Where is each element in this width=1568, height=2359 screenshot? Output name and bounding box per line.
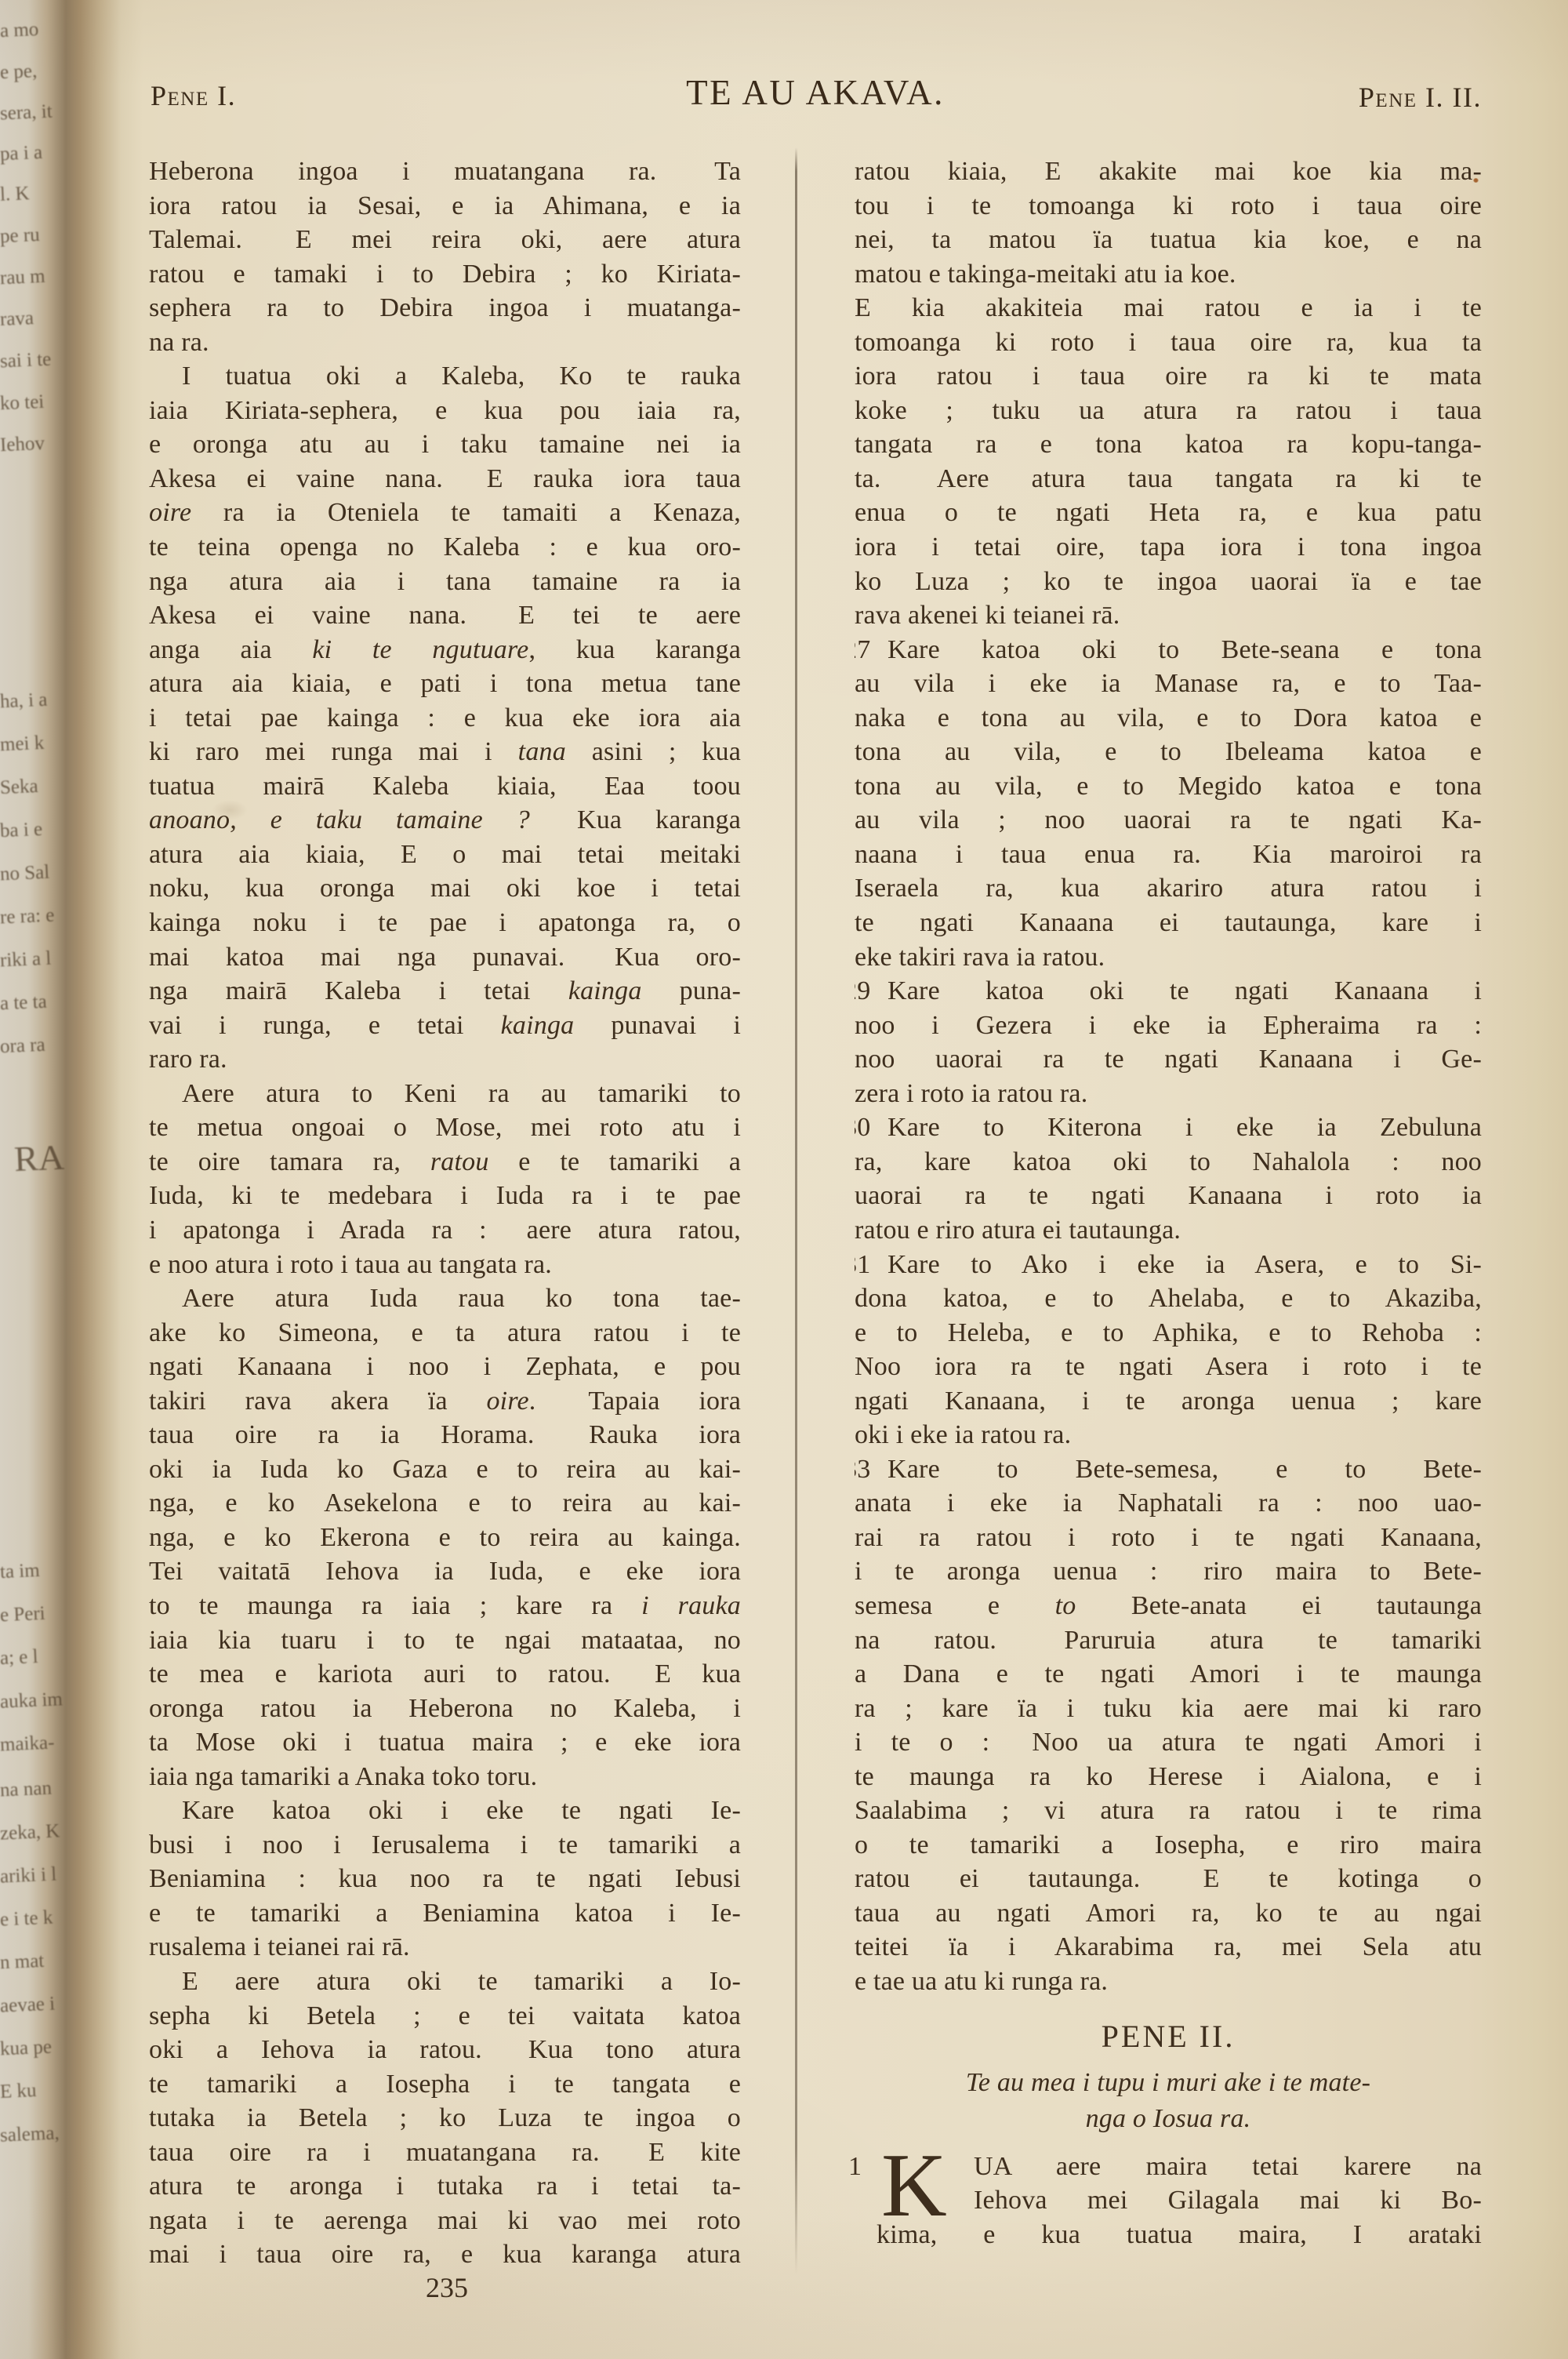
text-line: iaia nga tamariki a Anaka toko toru. bbox=[149, 1760, 741, 1794]
text-line: 21Kare katoa oki i eke te ngati Ie- bbox=[149, 1794, 741, 1828]
facing-page-text-fragment: ora ra bbox=[0, 1034, 45, 1058]
text-line: ra, kare katoa oki to Nahalola : noo bbox=[855, 1145, 1482, 1179]
text-line: tuatua mairā Kaleba kiaia, Eaa toou bbox=[149, 769, 741, 804]
verse-one-block: 1KUA aere maira tetai karere naIehova me… bbox=[855, 2150, 1482, 2252]
text-line: rai ra ratou i roto i te ngati Kanaana, bbox=[855, 1521, 1482, 1555]
text-line: 25E kia akakiteia mai ratou e ia i te bbox=[855, 291, 1482, 325]
text-line: teitei ïa i Akarabima ra, mei Sela atu bbox=[855, 1930, 1482, 1965]
facing-page-text-fragment: e Peri bbox=[0, 1603, 45, 1627]
facing-page-text-fragment: E ku bbox=[0, 2080, 37, 2103]
facing-page-text-fragment: sai i te bbox=[0, 349, 52, 373]
verse-number: 12 bbox=[720, 359, 741, 394]
text-line: nga atura aia i tana tamaine ra ia bbox=[149, 565, 741, 599]
facing-page-text-fragment: RA bbox=[13, 1136, 65, 1180]
facing-page-text-fragment: l. K bbox=[0, 183, 30, 206]
text-line: 20te mea e kariota auri to ratou. E kua bbox=[149, 1657, 741, 1692]
text-line: i te aronga uenua : riro maira to Bete- bbox=[855, 1554, 1482, 1589]
text-line: te ngati Kanaana ei tautaunga, kare i bbox=[855, 906, 1482, 940]
text-line: sephera ra to Debira ingoa i muatanga- bbox=[149, 291, 741, 325]
foxing-speck bbox=[1473, 178, 1479, 183]
facing-page-text-fragment: ko tei bbox=[0, 391, 45, 415]
text-line: nga, e ko Ekerona e to reira au kainga. bbox=[149, 1521, 741, 1555]
text-line: semesa e to Bete-anata ei tautaunga bbox=[855, 1589, 1482, 1623]
text-line: 16Aere atura to Keni ra au tamariki to bbox=[149, 1077, 741, 1111]
text-line: rusalema i teianei rai rā. bbox=[149, 1930, 741, 1965]
facing-page-text-fragment: rau m bbox=[0, 266, 45, 289]
text-line: te metua ongoai o Mose, mei roto atu i bbox=[149, 1110, 741, 1145]
text-line: te maunga ra ko Herese i Aialona, e i bbox=[855, 1760, 1482, 1794]
facing-page-text-fragment: re ra: e bbox=[0, 904, 55, 929]
text-line: i tetai pae kainga : e kua eke iora aia bbox=[149, 701, 741, 736]
text-line: ratou kiaia, E akakite mai koe kia ma- bbox=[855, 154, 1482, 189]
text-line: taua au ngati Amori ra, ko te au ngai bbox=[855, 1896, 1482, 1931]
page-title: TE AU AKAVA. bbox=[149, 72, 1482, 113]
verse-number: 21 bbox=[720, 1794, 741, 1828]
text-line: 36ratou ei tautaunga. E te kotinga o bbox=[855, 1862, 1482, 1896]
facing-page-text-fragment: pa i a bbox=[0, 142, 43, 165]
text-line: iaia Kiriata-sephera, e kua pou iaia ra, bbox=[149, 394, 741, 428]
text-line: 24taua oire ra i muatangana ra. E kite bbox=[149, 2135, 741, 2170]
text-line: 31Kare to Ako i eke ia Asera, e to Si- bbox=[855, 1248, 1482, 1282]
text-line: noo i Gezera i eke ia Epheraima ra : bbox=[855, 1009, 1482, 1043]
text-line: te tamariki a Iosepha i te tangata e bbox=[149, 2067, 741, 2102]
text-line: ngati Kanaana i noo i Zephata, e pou bbox=[149, 1350, 741, 1384]
text-line: tangata ra e tona katoa ra kopu-tanga- bbox=[855, 427, 1482, 462]
facing-page-text-fragment: n mat bbox=[0, 1950, 45, 1974]
book-gutter-edge: a moe pe,sera, itpa i al. Kpe rurau mrav… bbox=[0, 0, 141, 2359]
text-line: ngati Kanaana, i te aronga uenua ; kare bbox=[855, 1384, 1482, 1419]
text-line: uaorai ra te ngati Kanaana i roto ia bbox=[855, 1179, 1482, 1213]
text-line: enua o te ngati Heta ra, e kua patu bbox=[855, 496, 1482, 530]
text-line: atura te aronga i tutaka ra i tetai ta- bbox=[149, 2169, 741, 2204]
text-line: e to Heleba, e to Aphika, e to Rehoba : bbox=[855, 1316, 1482, 1350]
text-line: iora i tetai oire, tapa iora i tona ingo… bbox=[855, 530, 1482, 565]
text-line: mai katoa mai nga punavai. Kua oro- bbox=[149, 940, 741, 975]
text-line: i apatonga i Arada ra : aere atura ratou… bbox=[149, 1213, 741, 1248]
text-line: 27Kare katoa oki to Bete-seana e tona bbox=[855, 633, 1482, 667]
text-line: ko Luza ; ko te ingoa uaorai ïa e tae bbox=[855, 565, 1482, 599]
book-page: a moe pe,sera, itpa i al. Kpe rurau mrav… bbox=[0, 0, 1568, 2359]
facing-page-text-fragment: na nan bbox=[0, 1778, 53, 1802]
text-line: rava akenei ki teianei rā. bbox=[855, 598, 1482, 633]
facing-page-text-fragment: ariki i l bbox=[0, 1863, 57, 1888]
text-line: sepha ki Betela ; e tei vaitata katoa bbox=[149, 1999, 741, 2034]
text-line: ratou e riro atura ei tautaunga. bbox=[855, 1213, 1482, 1248]
verse-number: 29 bbox=[855, 974, 870, 1009]
text-line: tona au vila, e to Ibeleama katoa e bbox=[855, 735, 1482, 769]
text-line: a Dana e te ngati Amori i te maunga bbox=[855, 1657, 1482, 1692]
chapter-heading: PENE II. bbox=[855, 2016, 1482, 2057]
text-line: au vila ; noo uaorai ra te ngati Ka- bbox=[855, 803, 1482, 838]
facing-page-text-fragment: maika- bbox=[0, 1732, 55, 1756]
running-header: Pene I. TE AU AKAVA. Pene I. II. bbox=[149, 72, 1482, 119]
left-text-column: Heberona ingoa i muatangana ra. Taiora r… bbox=[149, 154, 741, 2272]
text-line: Heberona ingoa i muatangana ra. Ta bbox=[149, 154, 741, 189]
text-line: ngata i te aerenga mai ki vao mei roto bbox=[149, 2204, 741, 2238]
text-line: vai i runga, e tetai kainga punavai i bbox=[149, 1009, 741, 1043]
text-line: te oire tamara ra, ratou e te tamariki a bbox=[149, 1145, 741, 1179]
text-line: eke takiri rava ia ratou. bbox=[855, 940, 1482, 975]
verse-number: 27 bbox=[855, 633, 870, 667]
verse-number: 22 bbox=[720, 1965, 741, 1999]
facing-page-text-fragment: auka im bbox=[0, 1688, 63, 1713]
facing-page-text-fragment: e pe, bbox=[0, 60, 38, 84]
text-line: noku, kua oronga mai oki koe i tetai bbox=[149, 871, 741, 906]
facing-page-text-fragment: Seka bbox=[0, 776, 38, 799]
text-line: zera i roto ia ratou ra. bbox=[855, 1077, 1482, 1111]
text-line: na ra. bbox=[149, 325, 741, 360]
facing-page-text-fragment: e i te k bbox=[0, 1907, 53, 1932]
verse-number: 33 bbox=[855, 1452, 870, 1487]
text-line: 22E aere atura oki te tamariki a Io- bbox=[149, 1965, 741, 1999]
text-line: 12I tuatua oki a Kaleba, Ko te rauka bbox=[149, 359, 741, 394]
text-line: ratou e tamaki i to Debira ; ko Kiriata- bbox=[149, 257, 741, 292]
text-line: atura aia kiaia, e pati i tona metua tan… bbox=[149, 667, 741, 701]
text-line: nga mairā Kaleba i tetai kainga puna- bbox=[149, 974, 741, 1009]
text-line: 35i te o : Noo ua atura te ngati Amori i bbox=[855, 1725, 1482, 1760]
text-line: 13Akesa ei vaine nana. E rauka iora taua bbox=[149, 462, 741, 496]
text-line: Iehova mei Gilagala mai ki Bo- bbox=[855, 2183, 1482, 2218]
right-text-column: ratou kiaia, E akakite mai koe kia ma-to… bbox=[855, 154, 1482, 2252]
facing-page-text-fragment: mei k bbox=[0, 732, 45, 756]
text-line: takiri rava akera ïa oire. Tapaia iora bbox=[149, 1384, 741, 1419]
text-line: ake ko Simeona, e ta atura ratou i te bbox=[149, 1316, 741, 1350]
text-line: 23oki a Iehova ia ratou. Kua tono atura bbox=[149, 2033, 741, 2067]
column-divider-rule bbox=[795, 147, 797, 2274]
text-line: 18taua oire ra ia Horama. Rauka iora bbox=[149, 1418, 741, 1452]
text-line: busi i noo i Ierusalema i te tamariki a bbox=[149, 1828, 741, 1863]
text-line: 26ta. Aere atura taua tangata ra ki te bbox=[855, 462, 1482, 496]
text-line: Iuda, ki te medebara i Iuda ra i te pae bbox=[149, 1179, 741, 1213]
text-line: nei, ta matou ïa tuatua kia koe, e na bbox=[855, 223, 1482, 257]
text-line: ta Mose oki i tuatua maira ; e eke iora bbox=[149, 1725, 741, 1760]
text-line: e noo atura i roto i taua au tangata ra. bbox=[149, 1248, 741, 1282]
text-line: naka e tona au vila, e to Dora katoa e bbox=[855, 701, 1482, 736]
facing-page-text-fragment: riki a l bbox=[0, 948, 52, 972]
text-line: tomoanga ki roto i taua oire ra, kua ta bbox=[855, 325, 1482, 360]
text-line: anga aia ki te ngutuare, kua karanga bbox=[149, 633, 741, 667]
text-line: 33Kare to Bete-semesa, e to Bete- bbox=[855, 1452, 1482, 1487]
text-line: raro ra. bbox=[149, 1042, 741, 1077]
text-line: Saalabima ; vi atura ra ratou i te rima bbox=[855, 1794, 1482, 1828]
text-line: 30Kare to Kiterona i eke ia Zebuluna bbox=[855, 1110, 1482, 1145]
running-header-right: Pene I. II. bbox=[1359, 81, 1482, 114]
verse-number: 17 bbox=[720, 1281, 741, 1316]
text-line: e oronga atu au i taku tamaine nei ia bbox=[149, 427, 741, 462]
text-line: tona au vila, e to Megido katoa e tona bbox=[855, 769, 1482, 804]
chapter-subtitle-line: nga o Iosua ra. bbox=[855, 2101, 1482, 2137]
facing-page-text-fragment: rava bbox=[0, 307, 34, 331]
facing-page-text-fragment: a mo bbox=[0, 19, 39, 42]
text-line: koke ; tuku ua atura ra ratou i taua bbox=[855, 394, 1482, 428]
text-line: e tae ua atu ki runga ra. bbox=[855, 1965, 1482, 1999]
facing-page-text-fragment: sera, it bbox=[0, 101, 53, 125]
text-line: nga, e ko Asekelona e to reira au kai- bbox=[149, 1486, 741, 1521]
text-line: 19Tei vaitatā Iehova ia Iuda, e eke iora bbox=[149, 1554, 741, 1589]
text-line: Iseraela ra, kua akariro atura ratou i bbox=[855, 871, 1482, 906]
text-line: 32Noo iora ra te ngati Asera i roto i te bbox=[855, 1350, 1482, 1384]
text-line: 11Talemai. E mei reira oki, aere atura bbox=[149, 223, 741, 257]
text-line: o te tamariki a Iosepha, e riro maira bbox=[855, 1828, 1482, 1863]
facing-page-text-fragment: ba i e bbox=[0, 819, 43, 842]
text-line: te teina openga no Kaleba : e kua oro- bbox=[149, 530, 741, 565]
chapter-subtitle: Te au mea i tupu i muri ake i te mate-ng… bbox=[855, 2065, 1482, 2137]
text-line: au vila i eke ia Manase ra, e to Taa- bbox=[855, 667, 1482, 701]
verse-number: 16 bbox=[720, 1077, 741, 1111]
facing-page-text-fragment: a te ta bbox=[0, 991, 47, 1016]
text-line: oire ra ia Oteniela te tamaiti a Kenaza, bbox=[149, 496, 741, 530]
text-line: iora ratou ia Sesai, e ia Ahimana, e ia bbox=[149, 189, 741, 224]
text-line: Beniamina : kua noo ra te ngati Iebusi bbox=[149, 1862, 741, 1896]
text-line: 14Akesa ei vaine nana. E tei te aere bbox=[149, 598, 741, 633]
facing-page-text-fragment: kua pe bbox=[0, 2037, 53, 2061]
text-line: 34na ratou. Paruruia atura te tamariki bbox=[855, 1623, 1482, 1658]
text-line: atura aia kiaia, E o mai tetai meitaki bbox=[149, 838, 741, 872]
text-line: anata i eke ia Naphatali ra : noo uao- bbox=[855, 1486, 1482, 1521]
facing-page-text-fragment: a; e l bbox=[0, 1646, 38, 1670]
facing-page-text-fragment: salema, bbox=[0, 2122, 60, 2146]
text-line: 17Aere atura Iuda raua ko tona tae- bbox=[149, 1281, 741, 1316]
text-line: oki ia Iuda ko Gaza e to reira au kai- bbox=[149, 1452, 741, 1487]
text-line: 28naana i taua enua ra. Kia maroiroi ra bbox=[855, 838, 1482, 872]
text-line: UA aere maira tetai karere na bbox=[855, 2150, 1482, 2184]
facing-page-text-fragment: ha, i a bbox=[0, 689, 48, 714]
verse-number: 30 bbox=[855, 1110, 870, 1145]
text-line: 29Kare katoa oki te ngati Kanaana i bbox=[855, 974, 1482, 1009]
text-line: e te tamariki a Beniamina katoa i Ie- bbox=[149, 1896, 741, 1931]
facing-page-text-fragment: ta im bbox=[0, 1560, 40, 1583]
facing-page-text-fragment: zeka, K bbox=[0, 1820, 60, 1845]
text-line: dona katoa, e to Ahelaba, e to Akaziba, bbox=[855, 1281, 1482, 1316]
page-number: 235 bbox=[149, 2271, 745, 2304]
text-line: matou e takinga-meitaki atu ia koe. bbox=[855, 257, 1482, 292]
text-line: iaia kia tuaru i to te ngai mataataa, no bbox=[149, 1623, 741, 1658]
text-line: ki raro mei runga mai i tana asini ; kua bbox=[149, 735, 741, 769]
facing-page-text-fragment: aevae i bbox=[0, 1993, 56, 2017]
text-line: tutaka ia Betela ; ko Luza te ingoa o bbox=[149, 2101, 741, 2135]
text-line: to te maunga ra iaia ; kare ra i rauka bbox=[149, 1589, 741, 1623]
text-line: iora ratou i taua oire ra ki te mata bbox=[855, 359, 1482, 394]
facing-page-text-fragment: Iehov bbox=[0, 433, 45, 456]
facing-page-text-fragment: no Sal bbox=[0, 862, 50, 886]
text-line: mai i taua oire ra, e kua karanga atura bbox=[149, 2237, 741, 2272]
text-line: noo uaorai ra te ngati Kanaana i Ge- bbox=[855, 1042, 1482, 1077]
text-line: kima, e kua tuatua maira, I arataki bbox=[855, 2218, 1482, 2252]
text-line: tou i te tomoanga ki roto i taua oire bbox=[855, 189, 1482, 224]
chapter-subtitle-line: Te au mea i tupu i muri ake i te mate- bbox=[855, 2065, 1482, 2101]
text-line: kainga noku i te pae i apatonga ra, o bbox=[149, 906, 741, 940]
text-line: oki i eke ia ratou ra. bbox=[855, 1418, 1482, 1452]
facing-page-text-fragment: pe ru bbox=[0, 224, 40, 248]
text-line: oronga ratou ia Heberona no Kaleba, i bbox=[149, 1692, 741, 1726]
paper-smudge bbox=[212, 800, 248, 820]
verse-number: 31 bbox=[855, 1248, 870, 1282]
text-line: ra ; kare ïa i tuku kia aere mai ki raro bbox=[855, 1692, 1482, 1726]
